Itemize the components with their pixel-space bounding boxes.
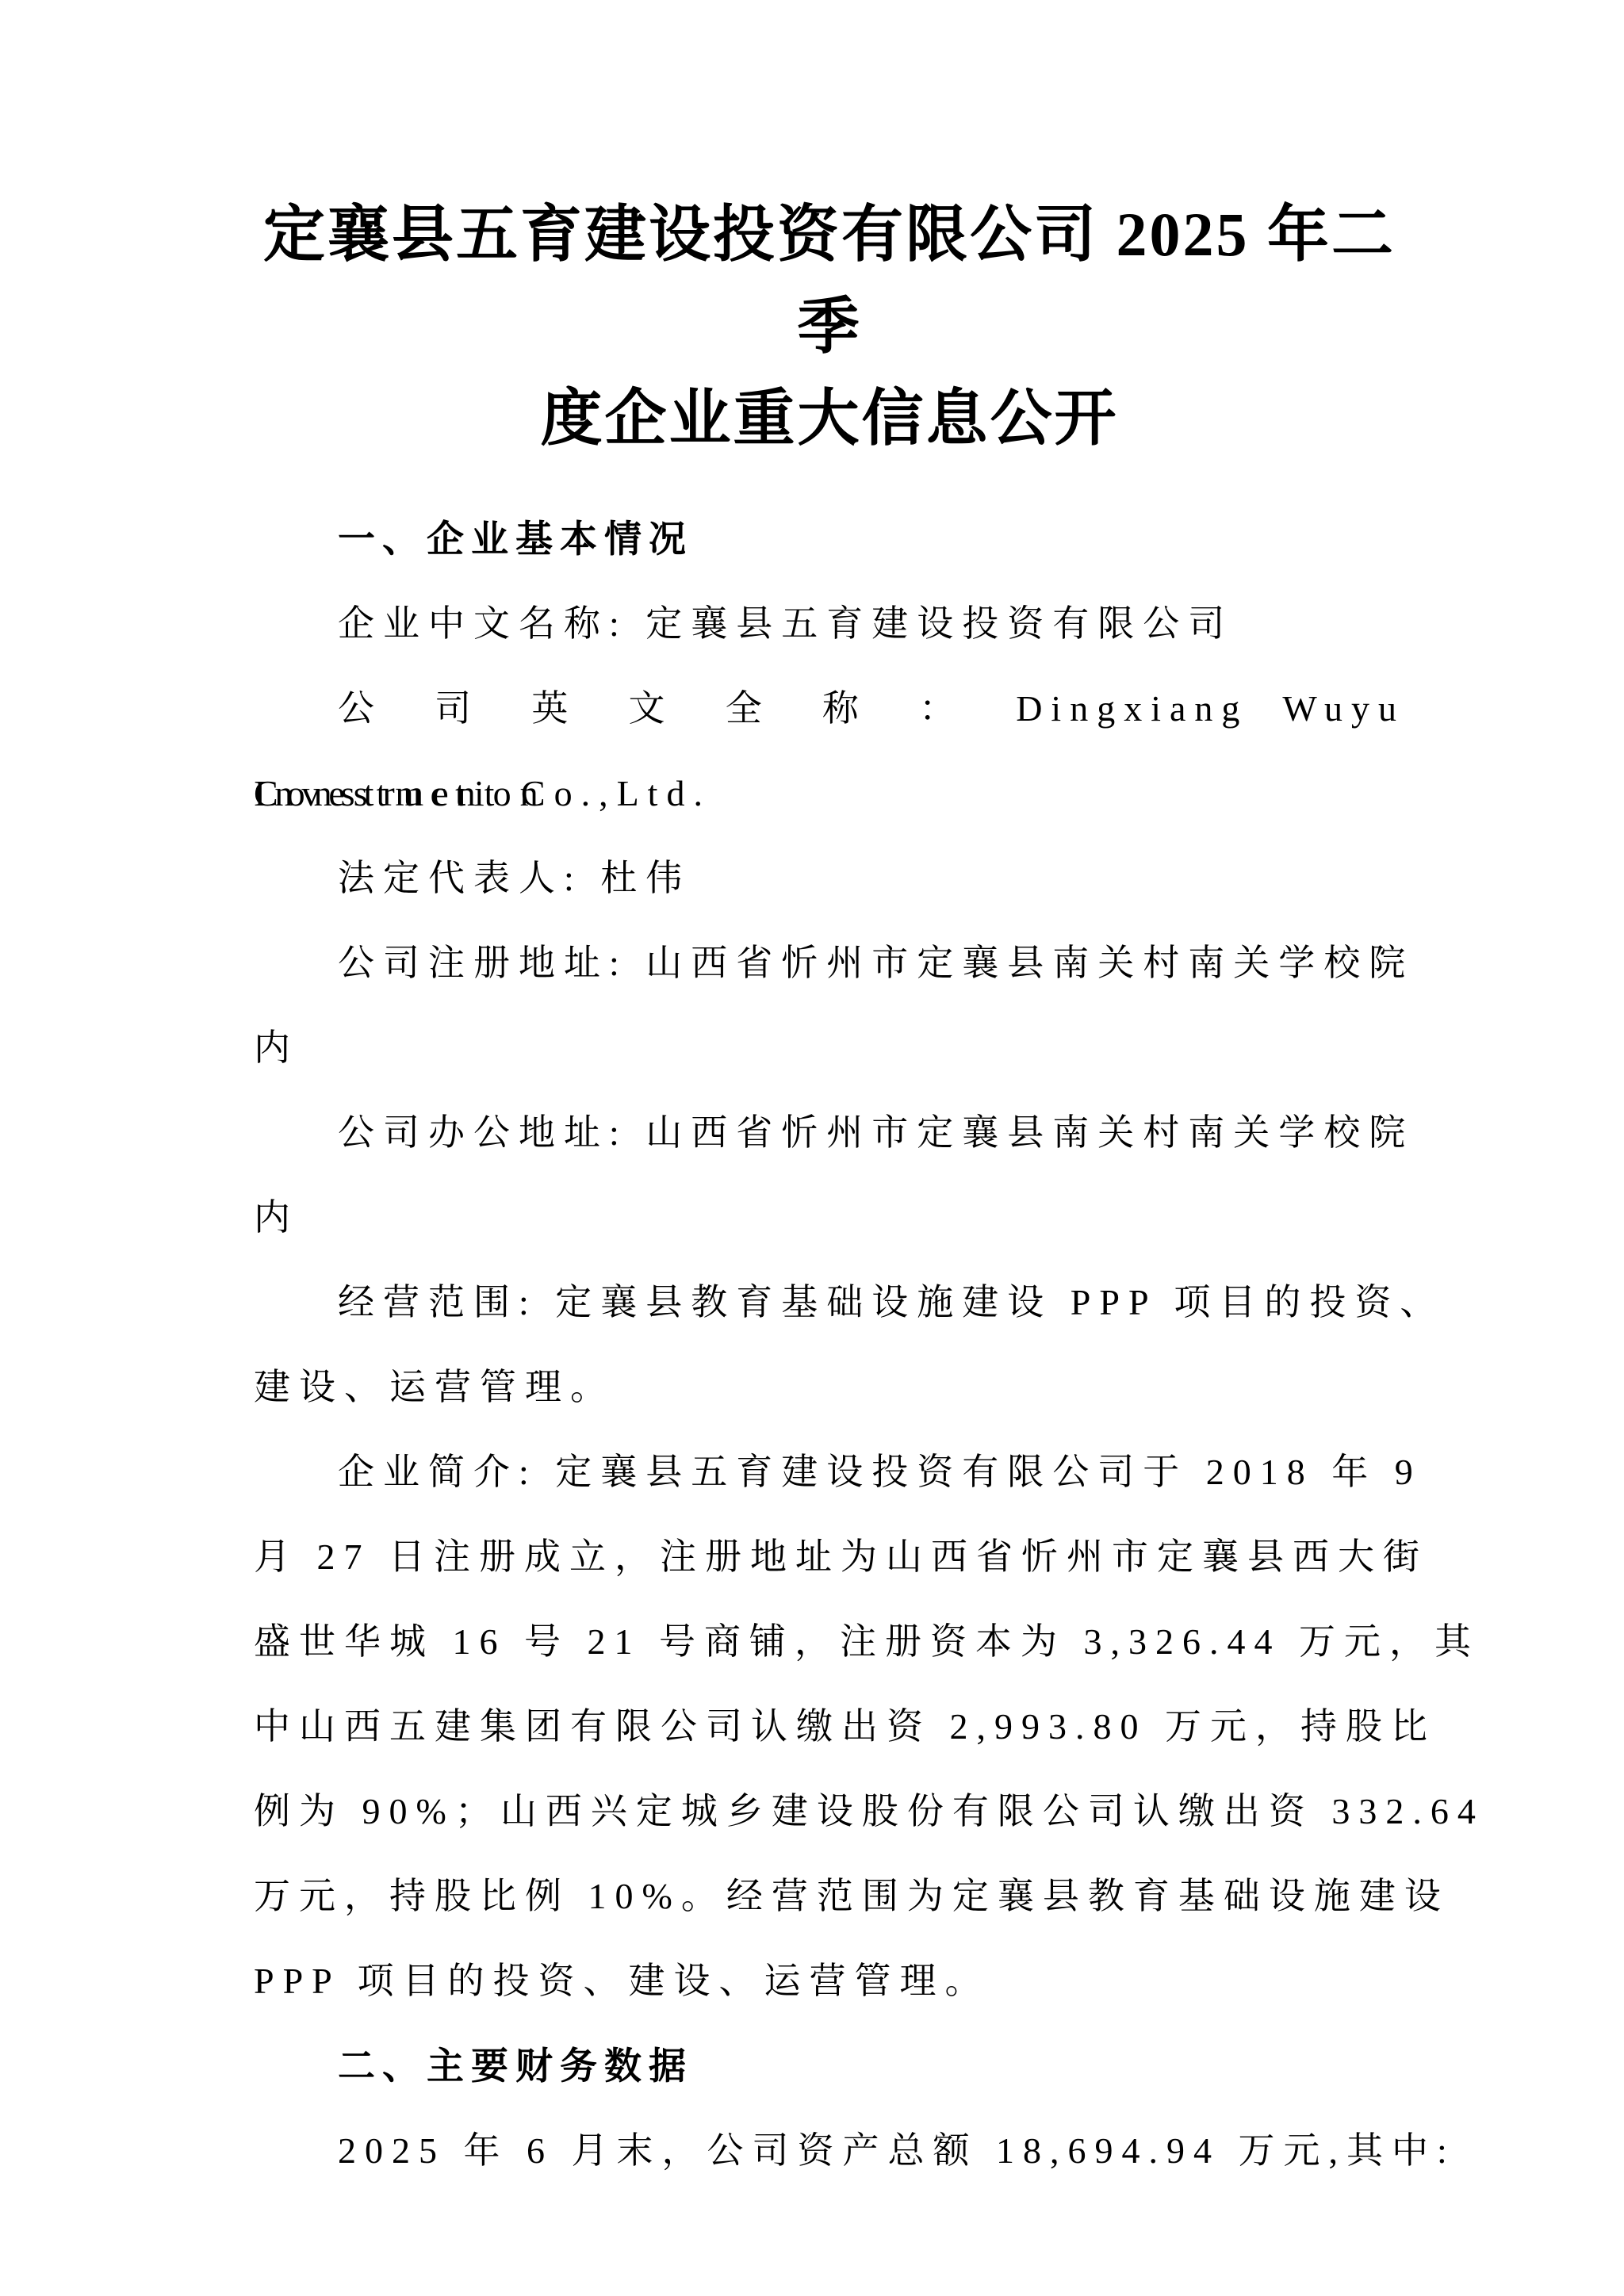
document-line: 盛世华城 16 号 21 号商铺，注册资本为 3,326.44 万元，其: [254, 1599, 1405, 1684]
document-line: 月 27 日注册成立，注册地址为山西省忻州市定襄县西大街: [254, 1514, 1405, 1599]
document-content: 定襄县五育建设投资有限公司 2025 年二季 度企业重大信息公开 一、企业基本情…: [254, 0, 1405, 2193]
document-line: 公司注册地址: 山西省忻州市定襄县南关村南关学校院: [254, 920, 1405, 1005]
document-line: 建设、运营管理。: [254, 1345, 1405, 1429]
document-line: Investment Co.,Ltd.: [254, 751, 1405, 836]
document-line: 内: [254, 1175, 1405, 1260]
section-heading-2: 二、主要财务数据: [254, 2023, 1405, 2108]
document-page: 定襄县五育建设投资有限公司 2025 年二季 度企业重大信息公开 一、企业基本情…: [0, 0, 1624, 2296]
document-line: 2025 年 6 月末，公司资产总额 18,694.94 万元,其中:: [254, 2108, 1405, 2193]
document-line: 例为 90%；山西兴定城乡建设股份有限公司认缴出资 332.64: [254, 1769, 1405, 1854]
document-line: 公 司 英 文 全 称 ： Dingxiang Wuyu Constructio…: [254, 666, 1405, 751]
section-heading-1: 一、企业基本情况: [254, 496, 1405, 581]
document-line: PPP 项目的投资、建设、运营管理。: [254, 1938, 1405, 2023]
document-line: 企业中文名称: 定襄县五育建设投资有限公司: [254, 581, 1405, 666]
document-title: 定襄县五育建设投资有限公司 2025 年二季 度企业重大信息公开: [254, 0, 1405, 465]
document-title-line-2: 度企业重大信息公开: [254, 373, 1405, 465]
document-line: 企业简介: 定襄县五育建设投资有限公司于 2018 年 9: [254, 1429, 1405, 1514]
document-line: 万元，持股比例 10%。经营范围为定襄县教育基础设施建设: [254, 1854, 1405, 1938]
document-line: 中山西五建集团有限公司认缴出资 2,993.80 万元，持股比: [254, 1684, 1405, 1769]
document-line: 内: [254, 1005, 1405, 1090]
document-line: 经营范围: 定襄县教育基础设施建设 PPP 项目的投资、: [254, 1260, 1405, 1345]
document-line: 法定代表人: 杜伟: [254, 836, 1405, 920]
document-body: 一、企业基本情况 企业中文名称: 定襄县五育建设投资有限公司 公 司 英 文 全…: [254, 496, 1405, 2193]
document-line: 公司办公地址: 山西省忻州市定襄县南关村南关学校院: [254, 1090, 1405, 1175]
document-title-line-1: 定襄县五育建设投资有限公司 2025 年二季: [254, 189, 1405, 373]
